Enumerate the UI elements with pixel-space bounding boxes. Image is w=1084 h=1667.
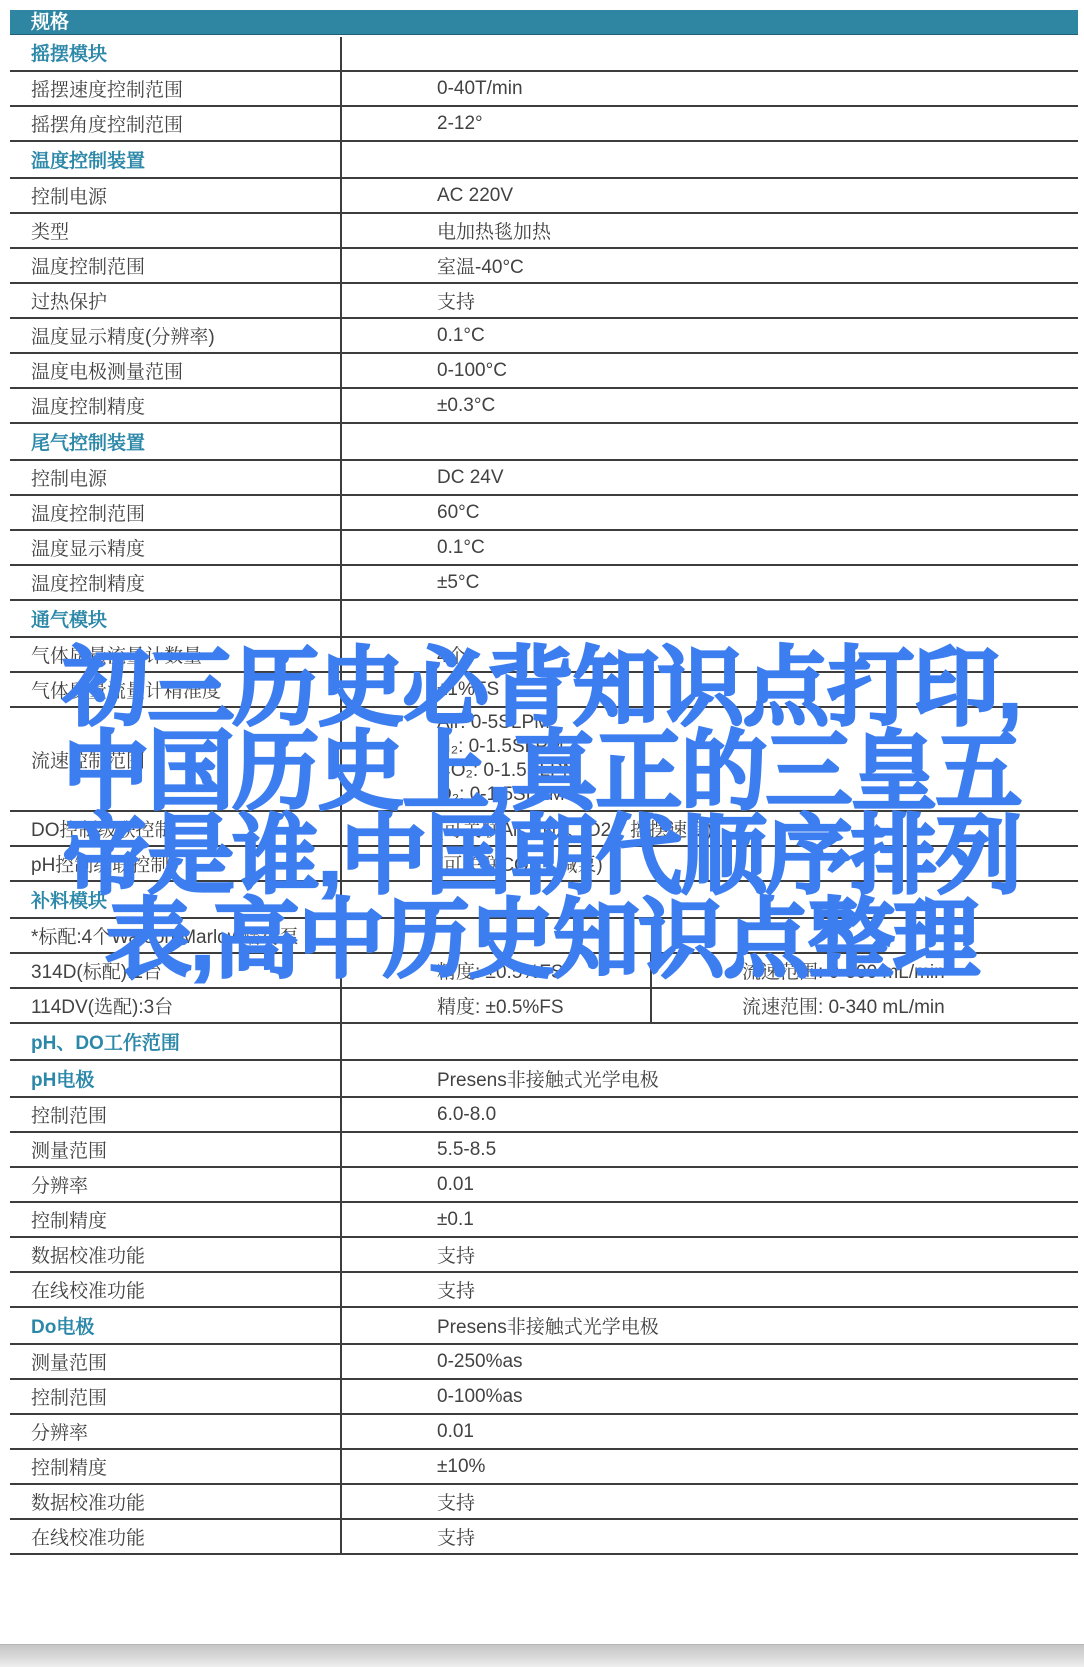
row-value: 0-100°C (340, 360, 507, 382)
row-value: 60°C (340, 502, 479, 524)
spec-row: 摇摆角度控制范围2-12° (10, 107, 1078, 142)
row-label: 控制电源 (10, 464, 340, 491)
spec-row: 在线校准功能支持 (10, 1520, 1078, 1555)
row-value: ±0.3°C (340, 395, 495, 417)
section-row-aeration-module: 通气模块 (10, 601, 1078, 638)
row-value: 2-12° (340, 113, 483, 135)
row-label: 测量范围 (10, 1136, 340, 1163)
row-value: 支持 (340, 1241, 475, 1268)
row-label: 温度控制精度 (10, 569, 340, 596)
row-label: 温度电极测量范围 (10, 357, 340, 384)
spec-row: 控制范围0-100%as (10, 1380, 1078, 1415)
spec-row: 数据校准功能支持 (10, 1485, 1078, 1520)
row-label: 控制范围 (10, 1101, 340, 1128)
spec-row: 温度显示精度(分辨率)0.1°C (10, 319, 1078, 354)
section-row-do-electrode: Do电极Presens非接触式光学电极 (10, 1308, 1078, 1345)
row-value: Presens非接触式光学电极 (340, 1065, 659, 1092)
row-value: 0.1°C (340, 537, 485, 559)
spec-row: 数据校准功能支持 (10, 1238, 1078, 1273)
section-label: pH电极 (10, 1065, 340, 1092)
row-label: 温度显示精度 (10, 534, 340, 561)
row-label: 测量范围 (10, 1348, 340, 1375)
spec-row: 温度控制范围室温-40°C (10, 249, 1078, 284)
row-value: 0.01 (340, 1421, 474, 1443)
section-label: 温度控制装置 (10, 146, 340, 173)
row-value: 0-250%as (340, 1351, 523, 1373)
spec-row: 分辨率0.01 (10, 1415, 1078, 1450)
row-label: 分辨率 (10, 1171, 340, 1198)
row-label: 在线校准功能 (10, 1276, 340, 1303)
section-row-rocking-module: 摇摆模块 (10, 35, 1078, 72)
bottom-edge-bar (0, 1644, 1084, 1667)
row-label: 温度控制范围 (10, 252, 340, 279)
row-label: 温度控制范围 (10, 499, 340, 526)
row-label: 温度控制精度 (10, 392, 340, 419)
spec-row: 温度控制精度±0.3°C (10, 389, 1078, 424)
row-label: 数据校准功能 (10, 1241, 340, 1268)
row-label: 控制电源 (10, 182, 340, 209)
row-value: 支持 (340, 1488, 475, 1515)
row-label: 摇摆速度控制范围 (10, 75, 340, 102)
section-label: pH、DO工作范围 (10, 1028, 340, 1055)
row-value: 0.1°C (340, 325, 485, 347)
spec-row: 温度控制精度±5°C (10, 566, 1078, 601)
watermark-text: 初三历史必背知识点打印, 中国历史上,真正的三皇五 帝是谁,中国朝代顺序排列 表… (0, 646, 1084, 982)
spec-row: 温度显示精度0.1°C (10, 531, 1078, 566)
spec-row-pump-114dv: 114DV(选配):3台 精度: ±0.5%FS 流速范围: 0-340 mL/… (10, 989, 1078, 1024)
watermark-line-4: 表,高中历史知识点整理 (0, 898, 1084, 982)
spec-row: 控制电源DC 24V (10, 461, 1078, 496)
row-value: 5.5-8.5 (340, 1139, 496, 1161)
section-label: Do电极 (10, 1312, 340, 1339)
row-value: 电加热毯加热 (340, 217, 551, 244)
spec-row: 控制精度±10% (10, 1450, 1078, 1485)
row-label: 在线校准功能 (10, 1523, 340, 1550)
spec-row: 测量范围5.5-8.5 (10, 1133, 1078, 1168)
watermark-line-1: 初三历史必背知识点打印, (0, 646, 1084, 730)
row-value: 0-100%as (340, 1386, 523, 1408)
pump-model-label: 114DV(选配):3台 (10, 992, 340, 1019)
row-value: 支持 (340, 1276, 475, 1303)
row-value: 6.0-8.0 (340, 1104, 496, 1126)
section-row-exhaust-control: 尾气控制装置 (10, 424, 1078, 461)
section-row-temp-control: 温度控制装置 (10, 142, 1078, 179)
spec-row: 摇摆速度控制范围0-40T/min (10, 72, 1078, 107)
row-label: 过热保护 (10, 287, 340, 314)
section-row-ph-do-range: pH、DO工作范围 (10, 1024, 1078, 1061)
row-value: ±5°C (340, 572, 479, 594)
pump-flow-range: 流速范围: 0-340 mL/min (650, 989, 1078, 1022)
section-label: 通气模块 (10, 605, 340, 632)
row-value: AC 220V (340, 185, 513, 207)
row-value: 支持 (340, 1523, 475, 1550)
row-label: 控制范围 (10, 1383, 340, 1410)
row-value: 室温-40°C (340, 252, 524, 279)
section-label: 尾气控制装置 (10, 428, 340, 455)
spec-row: 过热保护支持 (10, 284, 1078, 319)
table-header-bar: 规格 (10, 10, 1078, 35)
row-label: 分辨率 (10, 1418, 340, 1445)
spec-row: 控制精度±0.1 (10, 1203, 1078, 1238)
watermark-line-2: 中国历史上,真正的三皇五 (0, 730, 1084, 814)
row-value: 0-40T/min (340, 78, 523, 100)
row-value: Presens非接触式光学电极 (340, 1312, 659, 1339)
row-label: 温度显示精度(分辨率) (10, 322, 340, 349)
row-label: 摇摆角度控制范围 (10, 110, 340, 137)
row-label: 数据校准功能 (10, 1488, 340, 1515)
spec-row: 控制电源AC 220V (10, 179, 1078, 214)
row-value: 0.01 (340, 1174, 474, 1196)
row-value: ±10% (340, 1456, 485, 1478)
spec-row: 在线校准功能支持 (10, 1273, 1078, 1308)
section-row-ph-electrode: pH电极Presens非接触式光学电极 (10, 1061, 1078, 1098)
row-value: DC 24V (340, 467, 504, 489)
spec-row: 温度电极测量范围0-100°C (10, 354, 1078, 389)
row-label: 类型 (10, 217, 340, 244)
table-title: 规格 (31, 12, 69, 33)
section-label: 摇摆模块 (10, 39, 340, 66)
spec-row: 温度控制范围60°C (10, 496, 1078, 531)
row-value: 支持 (340, 287, 475, 314)
spec-row: 分辨率0.01 (10, 1168, 1078, 1203)
row-value: ±0.1 (340, 1209, 474, 1231)
row-label: 控制精度 (10, 1453, 340, 1480)
row-label: 控制精度 (10, 1206, 340, 1233)
watermark-line-3: 帝是谁,中国朝代顺序排列 (0, 814, 1084, 898)
spec-row: 测量范围0-250%as (10, 1345, 1078, 1380)
spec-row: 类型电加热毯加热 (10, 214, 1078, 249)
pump-accuracy: 精度: ±0.5%FS (340, 992, 650, 1019)
spec-row: 控制范围6.0-8.0 (10, 1098, 1078, 1133)
